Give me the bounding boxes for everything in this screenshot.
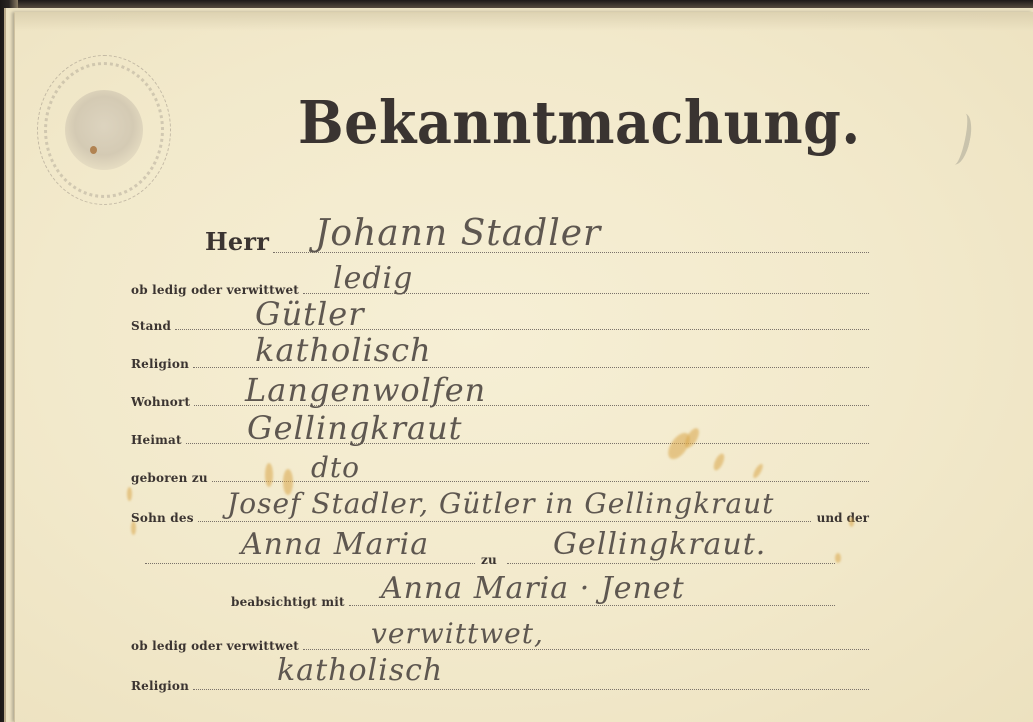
field-value-geboren: dto [311,451,360,484]
field-stand: Stand [131,319,869,333]
field-value-beabsichtigt: Anna Maria · Jenet [381,571,685,606]
field-value-ledig-1: ledig [333,261,413,296]
field-value-sohn: Josef Stadler, Gütler in Gellingkraut [227,487,774,520]
field-ledig-1: ob ledig oder verwittwet [131,283,869,297]
field-value-religion-2: katholisch [277,653,443,688]
field-value-stand: Gütler [255,295,365,333]
field-label: geboren zu [131,471,208,485]
field-value-heimat: Gellingkraut [247,409,463,447]
fill-line [193,689,869,690]
seal-emblem [65,90,143,170]
fill-line [145,563,475,564]
foxing-stain [712,452,727,472]
field-value-herr: Johann Stadler [315,213,601,254]
field-label: Heimat [131,433,182,447]
foxing-stain [265,463,273,487]
form-paper: Bekanntmachung. Herr Johann Stadler ob l… [14,12,1033,722]
field-label: Sohn des [131,511,194,525]
fill-line [198,521,811,522]
foxing-stain [283,469,293,495]
field-value-ledig-2: verwittwet, [371,617,544,650]
foxing-stain [131,521,136,535]
foxing-stain [127,487,132,501]
field-label: Wohnort [131,395,190,409]
field-value-wohnort: Langenwolfen [245,371,486,409]
foxing-stain [835,553,841,563]
field-connector: zu [481,553,497,567]
field-heimat: Heimat [131,433,869,447]
document-title: Bekanntmachung. [298,87,861,157]
field-religion-2: Religion [131,679,869,693]
field-value-mutter-place: Gellingkraut. [553,527,766,562]
field-label: Herr [205,227,269,256]
field-label: ob ledig oder verwittwet [131,639,299,653]
field-suffix: und der [817,511,869,525]
field-value-religion-1: katholisch [255,331,432,369]
field-label: Religion [131,357,189,371]
field-label: beabsichtigt mit [231,595,345,609]
fill-line [507,563,835,564]
rust-spot [90,146,97,154]
document-scan: Bekanntmachung. Herr Johann Stadler ob l… [0,0,1033,722]
field-label: Stand [131,319,171,333]
foxing-stain [849,517,854,527]
field-religion-1: Religion [131,357,869,371]
field-value-mutter: Anna Maria [241,527,429,562]
field-wohnort: Wohnort [131,395,869,409]
pencil-mark-icon [945,111,975,166]
field-label: Religion [131,679,189,693]
seal-stamp-icon [37,55,171,205]
